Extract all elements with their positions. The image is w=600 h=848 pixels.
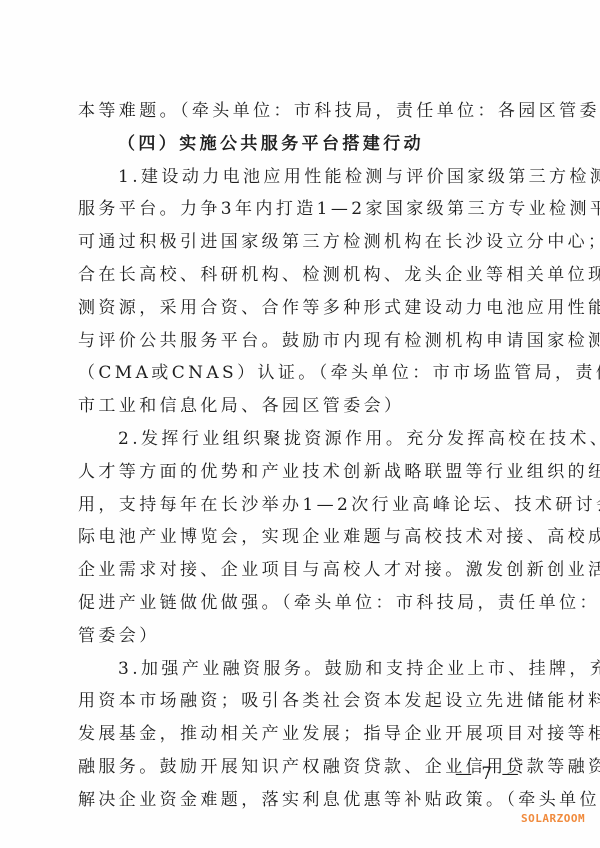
document-body: 本等难题。（牵头单位：市科技局，责任单位：各园区管委会）（四）实施公共服务平台搭… (78, 95, 526, 817)
text-line: 可通过积极引进国家级第三方检测机构在长沙设立分中心；或整 (78, 226, 526, 259)
text-line: 与评价公共服务平台。鼓励市内现有检测机构申请国家检测资质 (78, 325, 526, 358)
watermark-logo: SOLARZOOM (521, 812, 585, 825)
text-line: （CMA或CNAS）认证。（牵头单位：市市场监管局，责任单位： (78, 357, 526, 390)
text-line: 人才等方面的优势和产业技术创新战略联盟等行业组织的纽带作 (78, 456, 526, 489)
text-line: 促进产业链做优做强。（牵头单位：市科技局，责任单位：各园区 (78, 587, 526, 620)
text-line: 管委会） (78, 620, 526, 653)
text-line: 解决企业资金难题，落实利息优惠等补贴政策。（牵头单位：市政 (78, 784, 526, 817)
text-line: 企业需求对接、企业项目与高校人才对接。激发创新创业活力， (78, 554, 526, 587)
page-number: — 7 — (455, 764, 521, 784)
text-line: 1.建设动力电池应用性能检测与评价国家级第三方检测公共 (78, 161, 526, 194)
text-line: 合在长高校、科研机构、检测机构、龙头企业等相关单位现有检 (78, 259, 526, 292)
text-line: 市工业和信息化局、各园区管委会） (78, 390, 526, 423)
text-line: 发展基金，推动相关产业发展；指导企业开展项目对接等相关金 (78, 718, 526, 751)
text-line: 2.发挥行业组织聚拢资源作用。充分发挥高校在技术、成果、 (78, 423, 526, 456)
text-line: 3.加强产业融资服务。鼓励和支持企业上市、挂牌，充分利 (78, 653, 526, 686)
text-line: 本等难题。（牵头单位：市科技局，责任单位：各园区管委会） (78, 95, 526, 128)
text-line: 际电池产业博览会，实现企业难题与高校技术对接、高校成果与 (78, 521, 526, 554)
text-line: 测资源，采用合资、合作等多种形式建设动力电池应用性能检测 (78, 292, 526, 325)
text-line: 用资本市场融资；吸引各类社会资本发起设立先进储能材料产业 (78, 685, 526, 718)
section-heading: （四）实施公共服务平台搭建行动 (78, 128, 526, 161)
document-page: 本等难题。（牵头单位：市科技局，责任单位：各园区管委会）（四）实施公共服务平台搭… (0, 0, 600, 848)
text-line: 用，支持每年在长沙举办1—2次行业高峰论坛、技术研讨会、国 (78, 489, 526, 522)
text-line: 服务平台。力争3年内打造1—2家国家级第三方专业检测平台， (78, 193, 526, 226)
